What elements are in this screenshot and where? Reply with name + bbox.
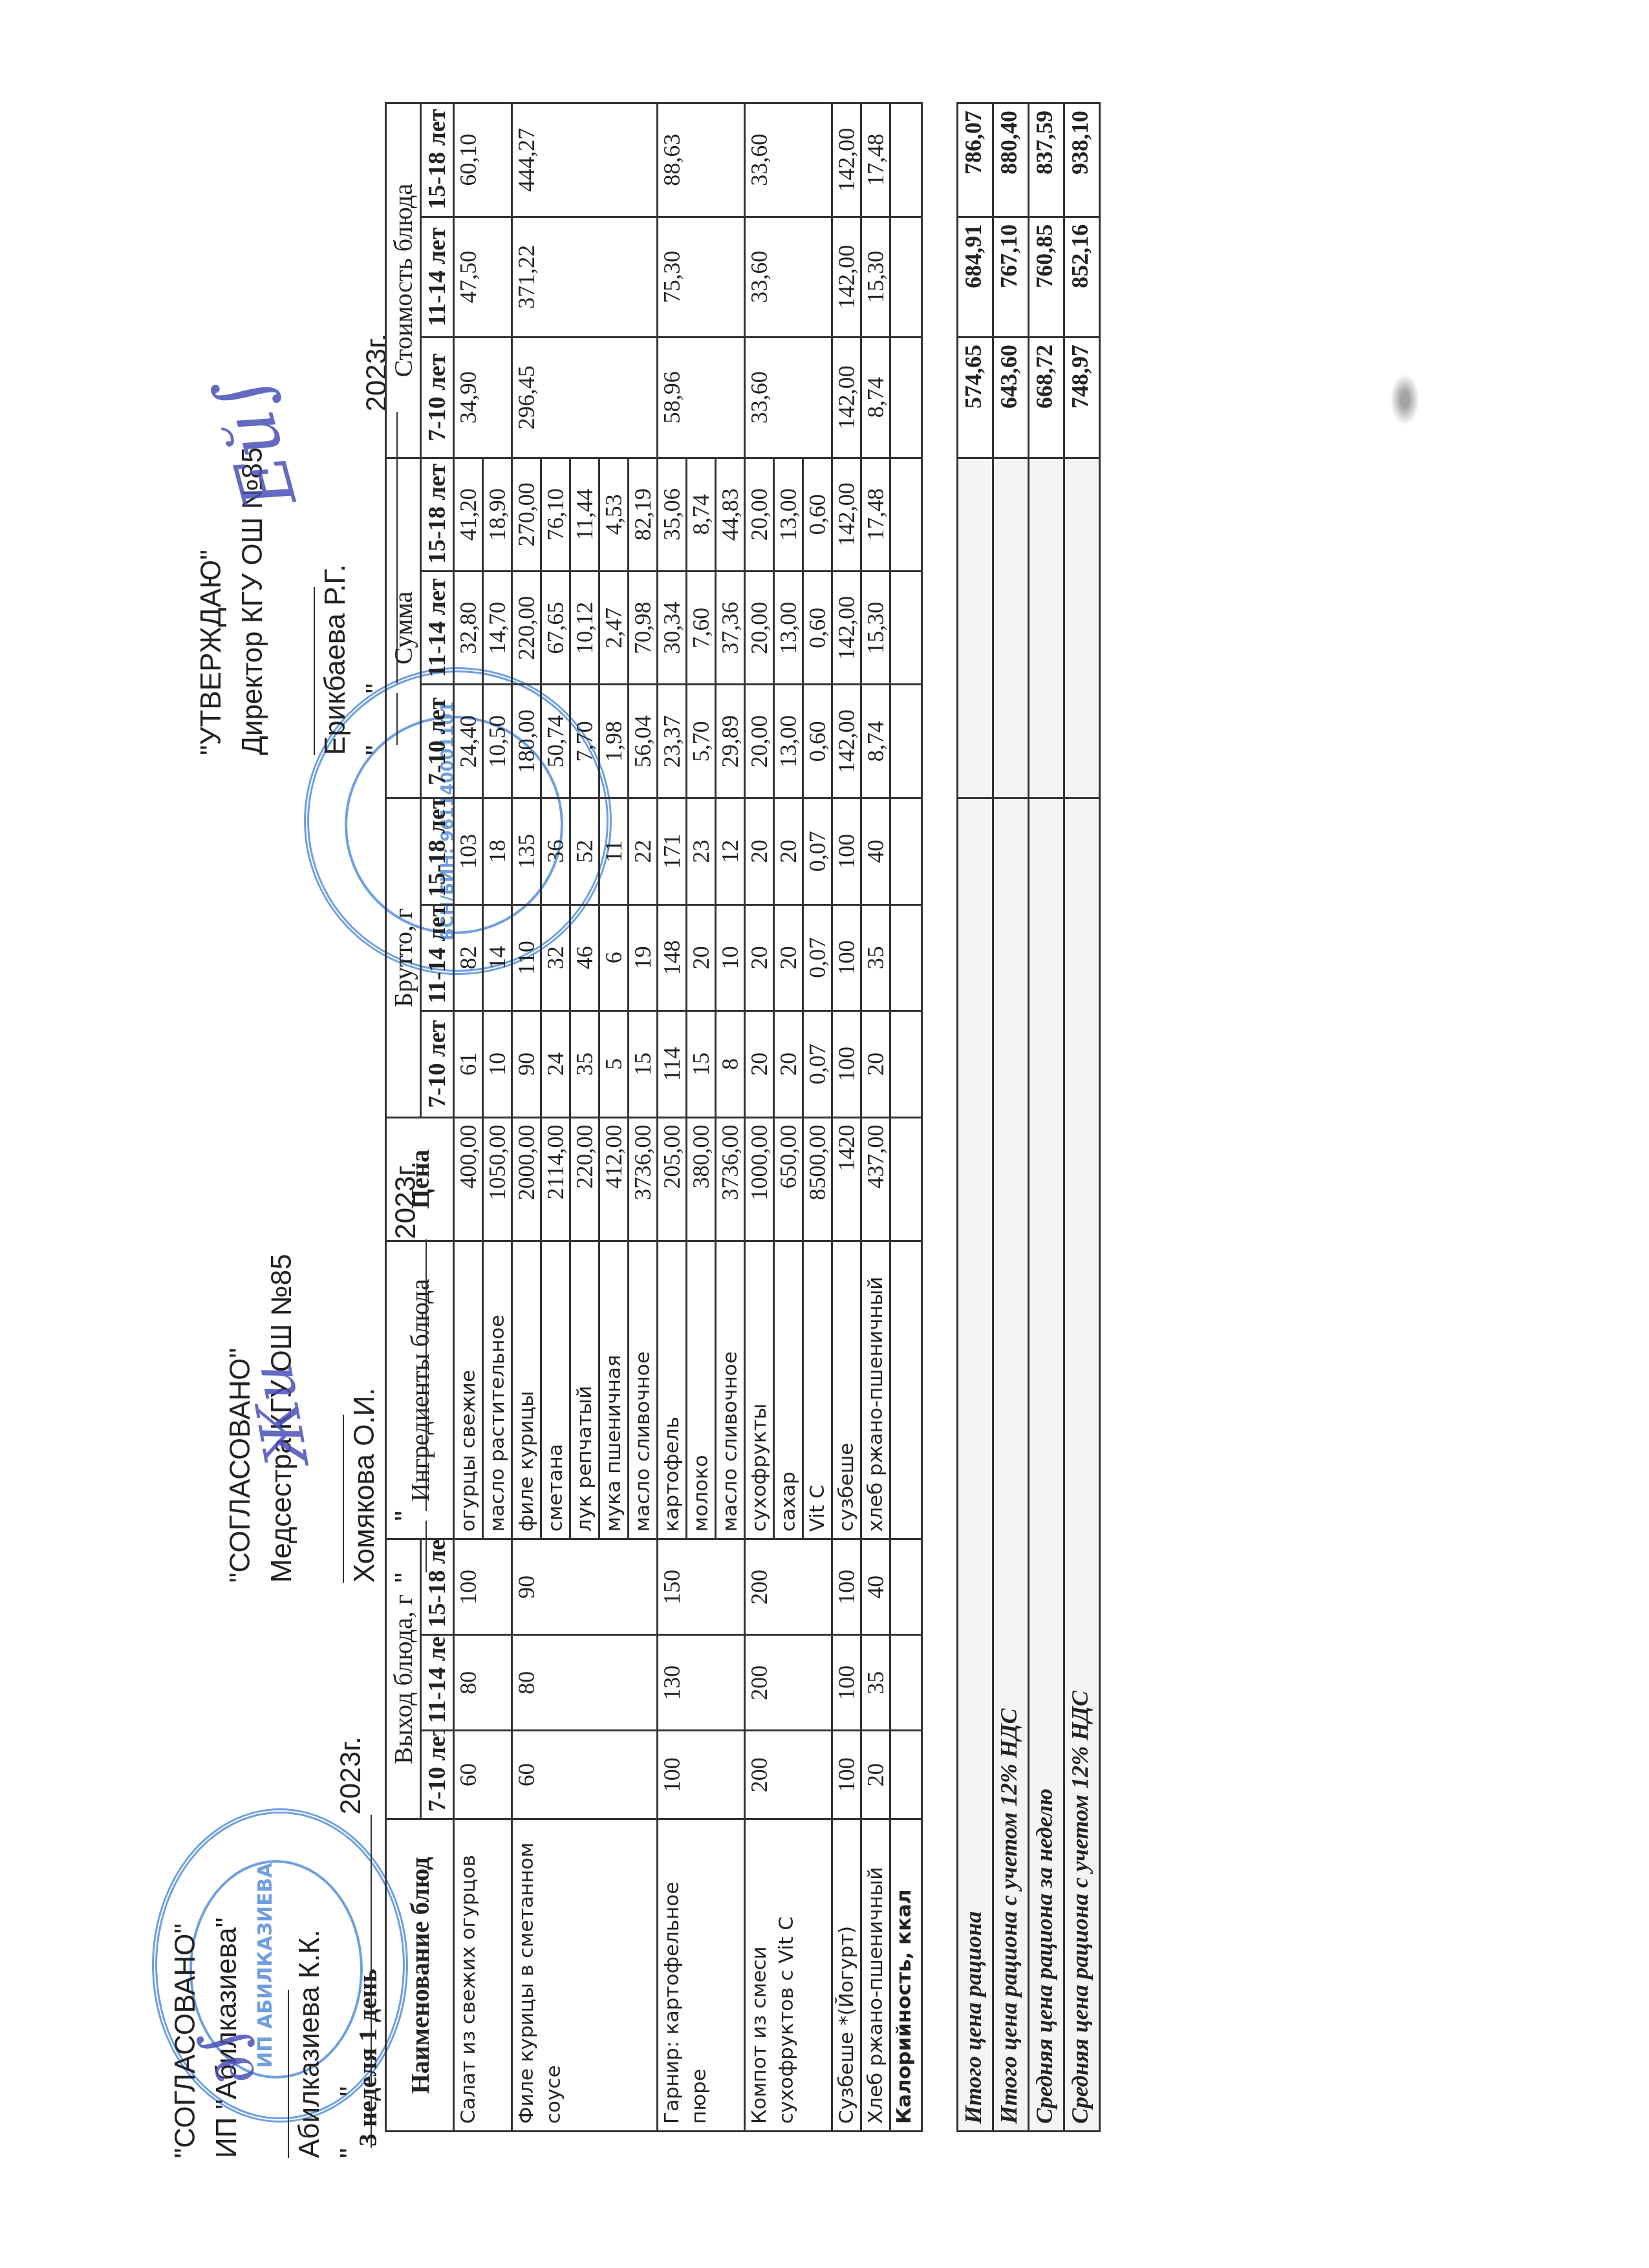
ingredient-name: филе курицы <box>512 1241 541 1539</box>
sum-cell: 7,60 <box>687 572 716 685</box>
brutto-cell: 20 <box>774 904 803 1011</box>
ingredient-name: хлеб ржано-пшеничный <box>861 1241 890 1539</box>
cost-cell: 34,90 <box>454 337 512 458</box>
price-cell: 3736,00 <box>629 1117 658 1241</box>
cost-cell: 47,50 <box>454 217 512 337</box>
output-cell: 60 <box>454 1731 512 1819</box>
brutto-cell: 100 <box>832 1011 861 1118</box>
sum-cell: 180,00 <box>512 685 541 798</box>
brutto-cell: 8 <box>716 1011 745 1118</box>
brutto-cell: 32 <box>541 904 570 1011</box>
empty-cell <box>890 458 922 571</box>
cost-cell: 15,30 <box>861 217 890 337</box>
sum-cell: 0,60 <box>803 572 832 685</box>
summary-value: 574,65 <box>958 337 993 458</box>
header-age-1: 11-14 лет <box>421 572 454 685</box>
signature-line <box>248 1737 289 2158</box>
sum-cell: 23,37 <box>658 685 687 798</box>
brutto-cell: 10 <box>483 1011 512 1118</box>
ingredient-name: сметана <box>541 1241 570 1539</box>
empty-cell <box>958 458 993 798</box>
header-cost: Стоимость блюда <box>386 103 421 458</box>
price-cell: 205,00 <box>658 1117 687 1241</box>
brutto-cell: 171 <box>658 798 687 904</box>
brutto-cell: 0,07 <box>803 798 832 904</box>
menu-body: Салат из свежих огурцов6080100огурцы све… <box>454 103 1100 2132</box>
empty-cell <box>890 1241 922 1539</box>
summary-value: 684,91 <box>958 217 993 337</box>
brutto-cell: 20 <box>861 1011 890 1118</box>
price-cell: 412,00 <box>599 1117 629 1241</box>
output-cell: 90 <box>512 1539 658 1635</box>
header-row-groups: Наименование блюд Выход блюда, г Ингреди… <box>386 103 421 2132</box>
header-ingredients: Ингредиенты блюда <box>386 1241 454 1539</box>
sum-cell: 82,19 <box>629 458 658 571</box>
brutto-cell: 12 <box>716 798 745 904</box>
output-cell: 80 <box>454 1635 512 1731</box>
price-cell: 8500,00 <box>803 1117 832 1241</box>
cost-cell: 75,30 <box>658 217 745 337</box>
signature-line <box>303 1161 344 1583</box>
summary-value: 786,07 <box>958 103 993 217</box>
empty-cell <box>890 798 922 904</box>
sum-cell: 32,80 <box>454 572 483 685</box>
price-cell: 650,00 <box>774 1117 803 1241</box>
dish-name: Компот из смеси сухофруктов с Vit C <box>745 1819 832 2132</box>
cost-cell: 33,60 <box>745 217 832 337</box>
price-cell: 437,00 <box>861 1117 890 1241</box>
sum-cell: 24,40 <box>454 685 483 798</box>
cost-cell: 33,60 <box>745 337 832 458</box>
sum-cell: 13,00 <box>774 458 803 571</box>
sum-cell: 35,06 <box>658 458 687 571</box>
header-age-2: 15-18 лет <box>421 103 454 217</box>
sum-cell: 8,74 <box>687 458 716 571</box>
brutto-cell: 0,07 <box>803 1011 832 1118</box>
ingredient-name: масло сливочное <box>716 1241 745 1539</box>
price-cell: 1420 <box>832 1117 861 1241</box>
brutto-cell: 15 <box>629 1011 658 1118</box>
output-cell: 200 <box>745 1635 832 1731</box>
table-row: Компот из смеси сухофруктов с Vit C20020… <box>745 103 774 2132</box>
output-cell: 100 <box>832 1635 861 1731</box>
output-cell: 100 <box>454 1539 512 1635</box>
header-output: Выход блюда, г <box>386 1539 421 1819</box>
sum-cell: 7,70 <box>570 685 599 798</box>
summary-value: 767,10 <box>993 217 1029 337</box>
cost-cell: 444,27 <box>512 103 658 217</box>
output-cell: 100 <box>658 1731 745 1819</box>
output-cell: 200 <box>745 1731 832 1819</box>
brutto-cell: 148 <box>658 904 687 1011</box>
brutto-cell: 14 <box>483 904 512 1011</box>
summary-value: 837,59 <box>1029 103 1064 217</box>
output-cell: 150 <box>658 1539 745 1635</box>
price-cell: 1000,00 <box>745 1117 774 1241</box>
summary-value: 938,10 <box>1064 103 1100 217</box>
sum-cell: 56,04 <box>629 685 658 798</box>
empty-cell <box>890 1011 922 1118</box>
brutto-cell: 52 <box>570 798 599 904</box>
summary-label: Итого цена рациона с учетом 12% НДС <box>993 798 1029 2131</box>
brutto-cell: 23 <box>687 798 716 904</box>
table-row: Хлеб ржано-пшеничный203540хлеб ржано-пше… <box>861 103 890 2132</box>
sum-cell: 10,12 <box>570 572 599 685</box>
empty-cell <box>890 1731 922 1819</box>
price-cell: 400,00 <box>454 1117 483 1241</box>
approval-name: Хомякова О.И. <box>344 1161 385 1583</box>
week-day-label: 3 неделя 1 день <box>352 1969 383 2146</box>
sum-cell: 13,00 <box>774 572 803 685</box>
brutto-cell: 90 <box>512 1011 541 1118</box>
brutto-cell: 35 <box>861 904 890 1011</box>
brutto-cell: 135 <box>512 798 541 904</box>
header-dish: Наименование блюд <box>386 1819 454 2132</box>
sum-cell: 20,00 <box>745 572 774 685</box>
brutto-cell: 15 <box>687 1011 716 1118</box>
ingredient-name: огурцы свежие <box>454 1241 483 1539</box>
sum-cell: 1,98 <box>599 685 629 798</box>
sum-cell: 220,00 <box>512 572 541 685</box>
empty-cell <box>890 1539 922 1635</box>
output-cell: 40 <box>861 1539 890 1635</box>
output-cell: 130 <box>658 1635 745 1731</box>
sum-cell: 15,30 <box>861 572 890 685</box>
sum-cell: 30,34 <box>658 572 687 685</box>
brutto-cell: 40 <box>861 798 890 904</box>
empty-cell <box>890 103 922 217</box>
cost-cell: 8,74 <box>861 337 890 458</box>
sum-cell: 142,00 <box>832 572 861 685</box>
brutto-cell: 110 <box>512 904 541 1011</box>
brutto-cell: 46 <box>570 904 599 1011</box>
empty-cell <box>890 572 922 685</box>
brutto-cell: 0,07 <box>803 904 832 1011</box>
header-brutto: Брутто, г <box>386 798 421 1117</box>
summary-value: 760,85 <box>1029 217 1064 337</box>
header-age-1: 11-14 лет <box>421 904 454 1011</box>
sum-cell: 2,47 <box>599 572 629 685</box>
brutto-cell: 100 <box>832 798 861 904</box>
sum-cell: 20,00 <box>745 458 774 571</box>
header-age-2: 15-18 лет <box>421 458 454 571</box>
header-age-2: 15-18 лет <box>421 1539 454 1635</box>
empty-cell <box>1064 458 1100 798</box>
summary-value: 748,97 <box>1064 337 1100 458</box>
ingredient-name: молоко <box>687 1241 716 1539</box>
cost-cell: 142,00 <box>832 217 861 337</box>
sum-cell: 8,74 <box>861 685 890 798</box>
brutto-cell: 82 <box>454 904 483 1011</box>
empty-cell <box>890 217 922 337</box>
header-age-1: 11-14 лет <box>421 1635 454 1731</box>
brutto-cell: 20 <box>745 798 774 904</box>
summary-value: 643,60 <box>993 337 1029 458</box>
sum-cell: 44,83 <box>716 458 745 571</box>
empty-cell <box>993 458 1029 798</box>
sum-cell: 17,48 <box>861 458 890 571</box>
scan-smudge <box>1390 374 1419 425</box>
summary-row: Итого цена рациона с учетом 12% НДС643,6… <box>993 103 1029 2132</box>
ingredient-name: сухофрукты <box>745 1241 774 1539</box>
dish-name: Салат из свежих огурцов <box>454 1819 512 2132</box>
brutto-cell: 20 <box>745 1011 774 1118</box>
sum-cell: 70,98 <box>629 572 658 685</box>
sum-cell: 29,89 <box>716 685 745 798</box>
sum-cell: 50,74 <box>541 685 570 798</box>
cost-cell: 142,00 <box>832 103 861 217</box>
table-row: Сузбеше *(Йогурт)100100100сузбеше1420100… <box>832 103 861 2132</box>
output-cell: 200 <box>745 1539 832 1635</box>
spacer-cell <box>922 103 958 2132</box>
sum-cell: 37,36 <box>716 572 745 685</box>
header-age-0: 7-10 лет <box>421 337 454 458</box>
brutto-cell: 20 <box>774 798 803 904</box>
cost-cell: 58,96 <box>658 337 745 458</box>
sum-cell: 11,44 <box>570 458 599 571</box>
sum-cell: 142,00 <box>832 458 861 571</box>
header-age-1: 11-14 лет <box>421 217 454 337</box>
ingredient-name: сахар <box>774 1241 803 1539</box>
approval-name: Абилказиева К.К. <box>289 1737 330 2158</box>
brutto-cell: 20 <box>687 904 716 1011</box>
header-age-0: 7-10 лет <box>421 1731 454 1819</box>
sum-cell: 270,00 <box>512 458 541 571</box>
price-cell: 2114,00 <box>541 1117 570 1241</box>
price-cell: 220,00 <box>570 1117 599 1241</box>
brutto-cell: 35 <box>570 1011 599 1118</box>
output-cell: 80 <box>512 1635 658 1731</box>
approval-name: Ерикбаева Р.Г. <box>315 334 356 755</box>
header-price: Цена <box>386 1117 454 1241</box>
sum-cell: 13,00 <box>774 685 803 798</box>
table-row: Филе курицы в сметанном соусе608090филе … <box>512 103 541 2132</box>
dish-name: Сузбеше *(Йогурт) <box>832 1819 861 2132</box>
summary-value: 668,72 <box>1029 337 1064 458</box>
sum-cell: 18,90 <box>483 458 512 571</box>
cost-cell: 296,45 <box>512 337 658 458</box>
brutto-cell: 20 <box>745 904 774 1011</box>
summary-value: 880,40 <box>993 103 1029 217</box>
dish-name: Гарнир: картофельное пюре <box>658 1819 745 2132</box>
empty-cell <box>890 1635 922 1731</box>
header-age-0: 7-10 лет <box>421 685 454 798</box>
empty-cell <box>890 337 922 458</box>
output-cell: 60 <box>512 1731 658 1819</box>
calories-row: Калорийность, ккал <box>890 103 922 2132</box>
sum-cell: 4,53 <box>599 458 629 571</box>
sum-cell: 0,60 <box>803 685 832 798</box>
output-cell: 100 <box>832 1731 861 1819</box>
dish-name: Филе курицы в сметанном соусе <box>512 1819 658 2132</box>
summary-row: Средняя цена рациона за неделю668,72760,… <box>1029 103 1064 2132</box>
cost-cell: 142,00 <box>832 337 861 458</box>
output-cell: 35 <box>861 1635 890 1731</box>
brutto-cell: 11 <box>599 798 629 904</box>
price-cell: 1050,00 <box>483 1117 512 1241</box>
summary-label: Средняя цена рациона с учетом 12% НДС <box>1064 798 1100 2131</box>
summary-row: Средняя цена рациона с учетом 12% НДС748… <box>1064 103 1100 2132</box>
brutto-cell: 18 <box>483 798 512 904</box>
approval-heading: "СОГЛАСОВАНО" <box>165 1737 206 2158</box>
approval-org: ИП "Абилказиева" <box>206 1737 248 2158</box>
ingredient-name: мука пшеничная <box>599 1241 629 1539</box>
header-age-2: 15-18 лет <box>421 798 454 904</box>
brutto-cell: 36 <box>541 798 570 904</box>
sum-cell: 5,70 <box>687 685 716 798</box>
empty-cell <box>890 904 922 1011</box>
approval-block-ip: "СОГЛАСОВАНО" ИП "Абилказиева" Абилказие… <box>165 1737 372 2158</box>
brutto-cell: 19 <box>629 904 658 1011</box>
summary-value: 852,16 <box>1064 217 1100 337</box>
summary-row: Итого цена рациона574,65684,91786,07 <box>958 103 993 2132</box>
ingredient-name: сузбеше <box>832 1241 861 1539</box>
table-row: Салат из свежих огурцов6080100огурцы све… <box>454 103 483 2132</box>
sum-cell: 10,50 <box>483 685 512 798</box>
header-sum: Сумма <box>386 458 421 798</box>
dish-name: Хлеб ржано-пшеничный <box>861 1819 890 2132</box>
brutto-cell: 5 <box>599 1011 629 1118</box>
ingredient-name: масло растительное <box>483 1241 512 1539</box>
sum-cell: 67,65 <box>541 572 570 685</box>
ingredient-name: лук репчатый <box>570 1241 599 1539</box>
brutto-cell: 114 <box>658 1011 687 1118</box>
cost-cell: 371,22 <box>512 217 658 337</box>
brutto-cell: 6 <box>599 904 629 1011</box>
empty-cell <box>1029 458 1064 798</box>
menu-table: Наименование блюд Выход блюда, г Ингреди… <box>385 102 1101 2132</box>
header-age-0: 7-10 лет <box>421 1011 454 1118</box>
sum-cell: 142,00 <box>832 685 861 798</box>
output-cell: 20 <box>861 1731 890 1819</box>
sum-cell: 0,60 <box>803 458 832 571</box>
sum-cell: 41,20 <box>454 458 483 571</box>
sum-cell: 20,00 <box>745 685 774 798</box>
sum-cell: 14,70 <box>483 572 512 685</box>
brutto-cell: 24 <box>541 1011 570 1118</box>
price-cell: 2000,00 <box>512 1117 541 1241</box>
cost-cell: 33,60 <box>745 103 832 217</box>
price-cell: 380,00 <box>687 1117 716 1241</box>
ingredient-name: картофель <box>658 1241 687 1539</box>
ingredient-name: масло сливочное <box>629 1241 658 1539</box>
brutto-cell: 103 <box>454 798 483 904</box>
output-cell: 100 <box>832 1539 861 1635</box>
summary-label: Средняя цена рациона за неделю <box>1029 798 1064 2131</box>
empty-cell <box>890 1117 922 1241</box>
document-page: ИП АБИЛКАЗИЕВА БСН/БИН: 961140001101 "СО… <box>0 0 1649 2268</box>
calories-label: Калорийность, ккал <box>890 1819 922 2132</box>
cost-cell: 60,10 <box>454 103 512 217</box>
table-row: Гарнир: картофельное пюре100130150картоф… <box>658 103 687 2132</box>
brutto-cell: 61 <box>454 1011 483 1118</box>
summary-label: Итого цена рациона <box>958 798 993 2131</box>
spacer-row <box>922 103 958 2132</box>
sum-cell: 76,10 <box>541 458 570 571</box>
ingredient-name: Vit C <box>803 1241 832 1539</box>
brutto-cell: 10 <box>716 904 745 1011</box>
brutto-cell: 100 <box>832 904 861 1011</box>
price-cell: 3736,00 <box>716 1117 745 1241</box>
cost-cell: 88,63 <box>658 103 745 217</box>
brutto-cell: 22 <box>629 798 658 904</box>
brutto-cell: 20 <box>774 1011 803 1118</box>
empty-cell <box>890 685 922 798</box>
cost-cell: 17,48 <box>861 103 890 217</box>
